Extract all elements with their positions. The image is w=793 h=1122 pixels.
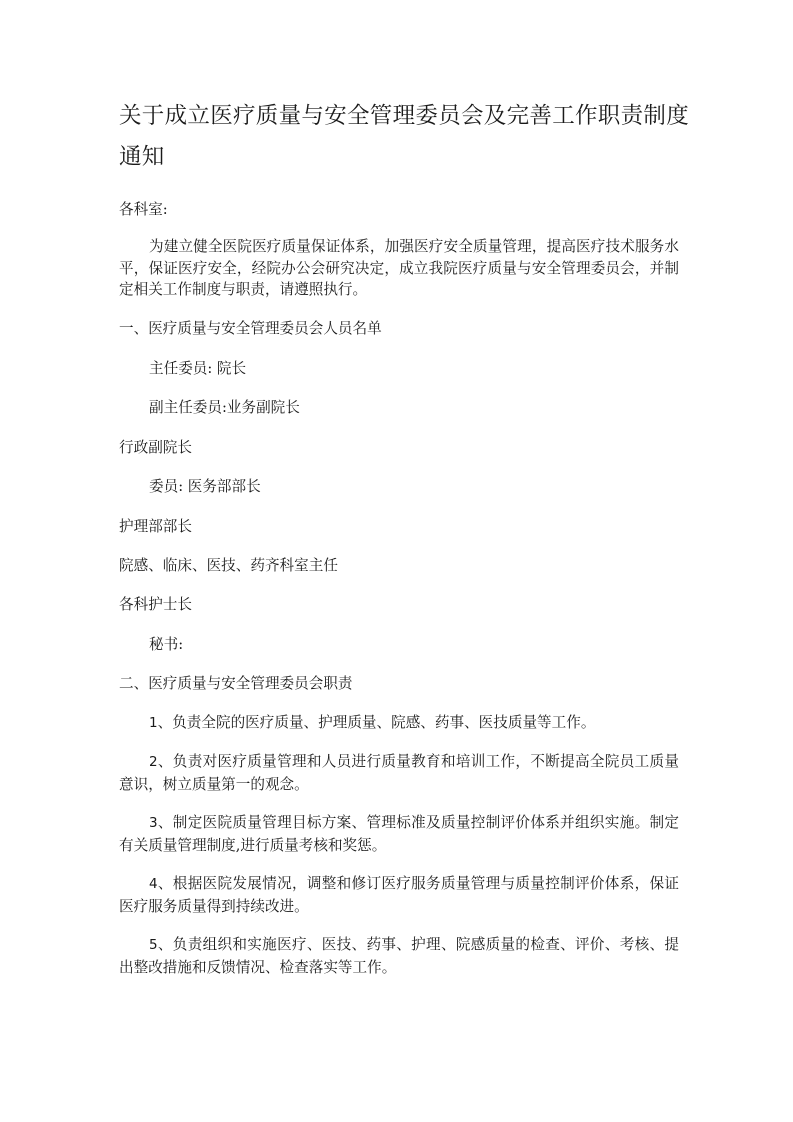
duty-item: 4、根据医院发展情况，调整和修订医疗服务质量管理与质量控制评价体系，保证医疗服务… <box>119 873 679 917</box>
duty-number: 1 <box>149 715 158 731</box>
duty-text: 、负责全院的医疗质量、护理质量、院感、药事、医技质量等工作。 <box>158 714 596 731</box>
salutation: 各科室: <box>119 199 689 220</box>
intro-paragraph: 为建立健全医院医疗质量保证体系，加强医疗安全质量管理，提高医疗技术服务水平，保证… <box>119 236 679 301</box>
member-nursing-head: 护理部部长 <box>119 516 689 537</box>
duty-number: 4 <box>149 876 158 892</box>
member-committee: 委员: 医务部部长 <box>149 476 719 497</box>
member-admin-vice-president: 行政副院长 <box>119 437 689 458</box>
duty-item: 5、负责组织和实施医疗、医技、药事、护理、院感质量的检查、评价、考核、提出整改措… <box>119 934 679 978</box>
section-1-heading: 一、医疗质量与安全管理委员会人员名单 <box>119 318 689 339</box>
duty-number: 2 <box>149 754 158 770</box>
duty-number: 5 <box>149 937 158 953</box>
member-head-nurses: 各科护士长 <box>119 594 689 615</box>
member-secretary: 秘书: <box>149 634 719 655</box>
duty-item: 2、负责对医疗质量管理和人员进行质量教育和培训工作，不断提高全院员工质量意识，树… <box>119 751 679 795</box>
member-department-heads: 院感、临床、医技、药齐科室主任 <box>119 555 689 576</box>
section-2-heading: 二、医疗质量与安全管理委员会职责 <box>119 673 689 694</box>
member-deputy-director: 副主任委员:业务副院长 <box>149 397 719 418</box>
document-page: 关于成立医疗质量与安全管理委员会及完善工作职责制度通知 各科室: 为建立健全医院… <box>0 0 793 1122</box>
member-director: 主任委员: 院长 <box>149 358 719 379</box>
duty-text: 、负责对医疗质量管理和人员进行质量教育和培训工作，不断提高全院员工质量意识，树立… <box>119 753 679 793</box>
duty-text: 、制定医院质量管理目标方案、管理标准及质量控制评价体系并组织实施。制定有关质量管… <box>119 814 679 854</box>
duty-item: 3、制定医院质量管理目标方案、管理标准及质量控制评价体系并组织实施。制定有关质量… <box>119 812 679 856</box>
document-title: 关于成立医疗质量与安全管理委员会及完善工作职责制度通知 <box>119 96 699 178</box>
duty-item: 1、负责全院的医疗质量、护理质量、院感、药事、医技质量等工作。 <box>119 712 679 735</box>
duty-text: 、负责组织和实施医疗、医技、药事、护理、院感质量的检查、评价、考核、提出整改措施… <box>119 936 679 976</box>
duty-text: 、根据医院发展情况，调整和修订医疗服务质量管理与质量控制评价体系，保证医疗服务质… <box>119 875 679 915</box>
duty-number: 3 <box>149 815 158 831</box>
